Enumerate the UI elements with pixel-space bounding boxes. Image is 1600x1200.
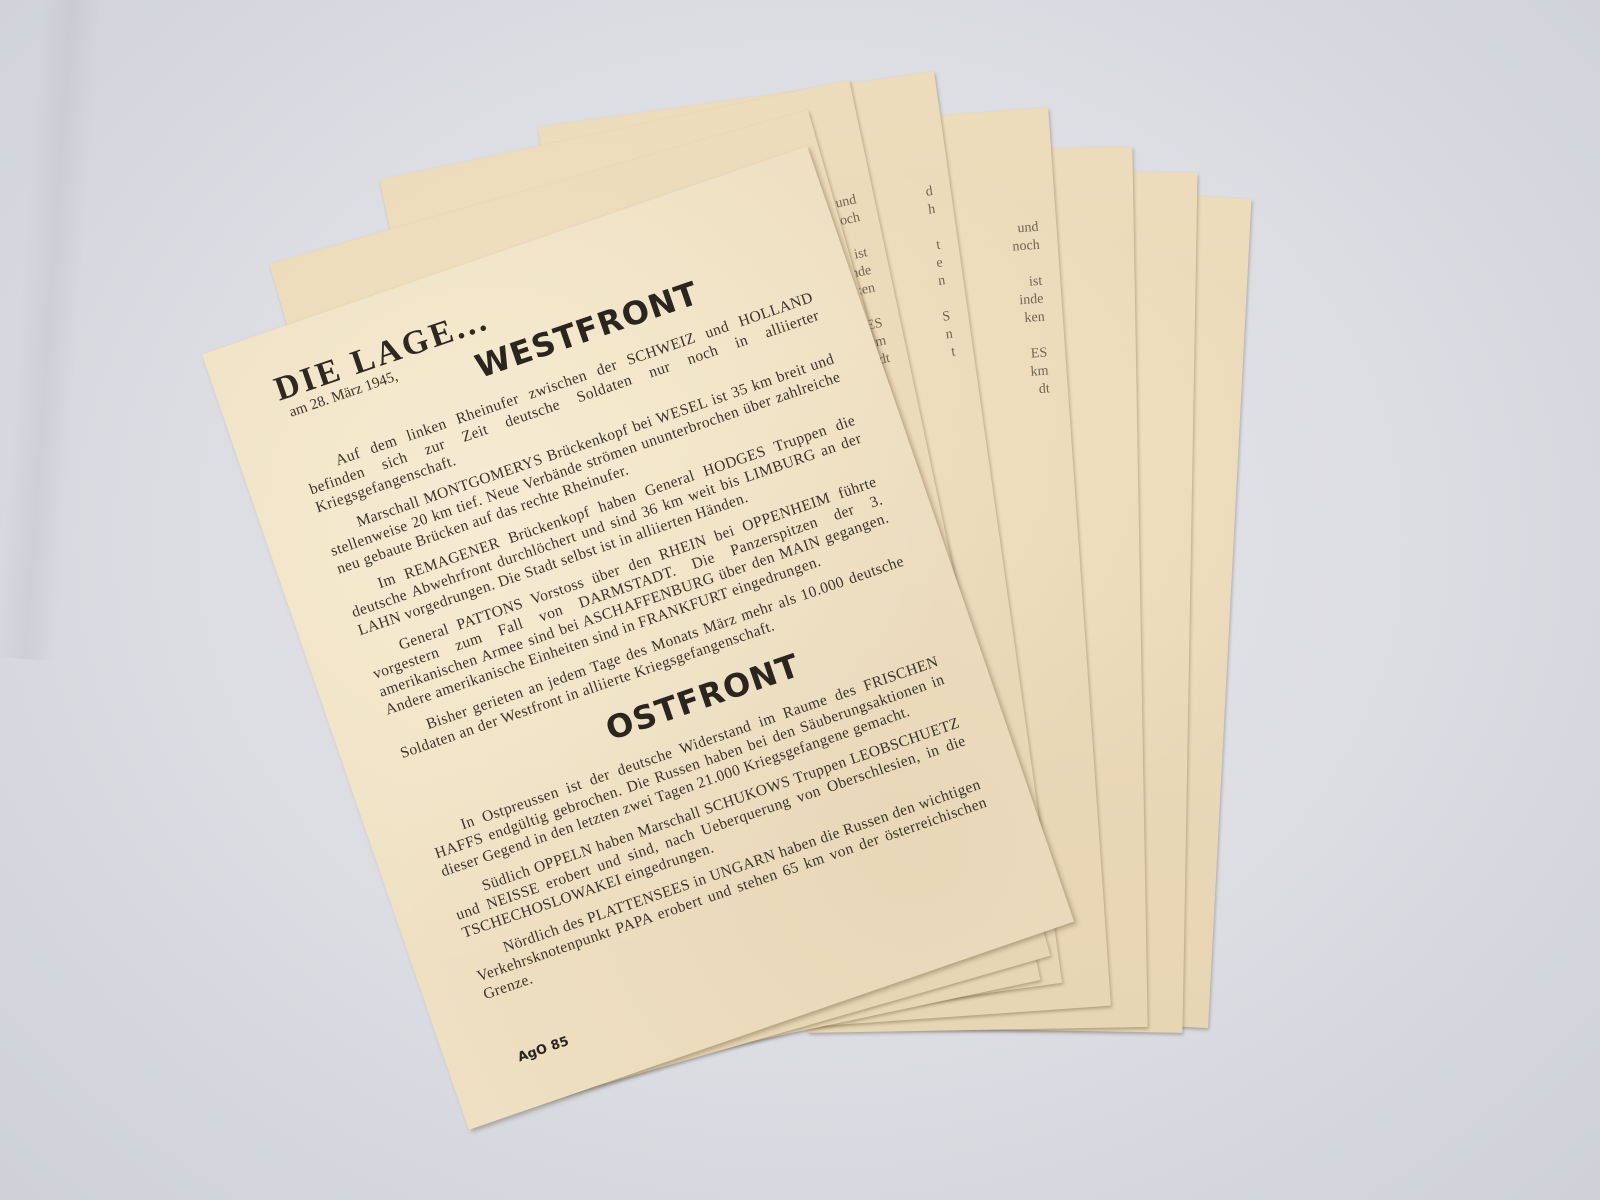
- leaflet-footer-code: AgO 85: [516, 1034, 571, 1065]
- leaflet-text-fragment: und noch ist inde ken ES km dt: [1011, 219, 1051, 400]
- leaflet-text-fragment: d h t e n S n t: [924, 183, 957, 362]
- cloth-fold: [0, 0, 104, 661]
